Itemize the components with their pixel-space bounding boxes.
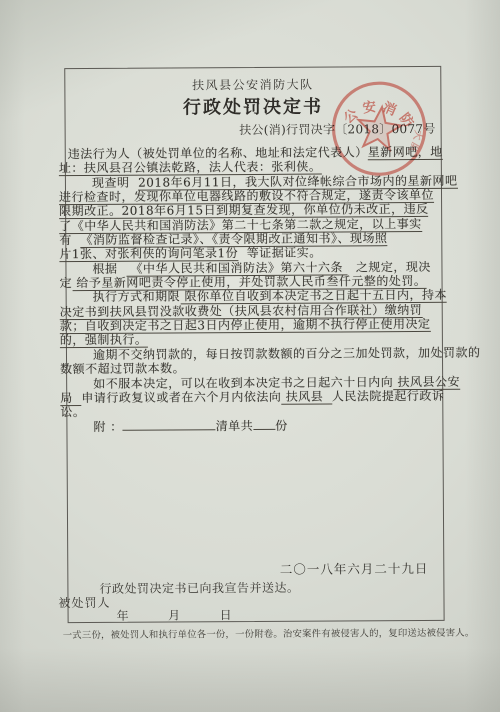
official-seal-stamp: 公安消防 大队 bbox=[323, 73, 434, 184]
form-text: 份 bbox=[275, 418, 288, 432]
filled-in-text bbox=[123, 419, 216, 431]
body-line: 局 申请行政复议或者在六个月内依法向 扶风县 人民法院提起行政诉 bbox=[60, 389, 446, 406]
form-text: 之规定，现决 bbox=[347, 260, 431, 275]
signature-date-blank: 年 月 日 bbox=[117, 606, 233, 624]
form-text: 执行方式和期限 bbox=[93, 290, 181, 305]
form-text: 定 bbox=[60, 276, 73, 290]
form-text: 有 bbox=[59, 233, 72, 247]
form-text: 清单共 bbox=[216, 419, 254, 433]
filled-in-text: 扶风县公安 bbox=[393, 374, 460, 389]
filled-in-text bbox=[253, 418, 275, 429]
scanned-document-photo: 扶风县公安消防大队 行政处罚决定书 扶公(消)行罚决字〔2018〕0077号 违… bbox=[0, 0, 500, 712]
form-text bbox=[117, 262, 126, 276]
document-sheet: 扶风县公安消防大队 行政处罚决定书 扶公(消)行罚决字〔2018〕0077号 违… bbox=[0, 0, 500, 712]
form-text: 现查明 bbox=[92, 175, 130, 189]
form-text: 逾期不交纳罚款的，每日按罚款数额的百分之三加处罚款，加处罚款的 bbox=[93, 345, 481, 361]
form-text bbox=[72, 233, 81, 247]
form-text: 等证据证实。 bbox=[238, 246, 322, 261]
form-text bbox=[129, 175, 138, 189]
form-text: 申请行政复议或者在六个月内依法向 bbox=[81, 390, 281, 405]
punished-person-label: 被处罚人 bbox=[58, 594, 110, 611]
form-text: 违法行为人（被处罚单位的名称、地址和法定代表人） bbox=[68, 145, 368, 161]
distribution-note: 一式三份，被处罚人和执行单位各一份，一份附卷。治安案件有被侵害人的，复印送达被侵… bbox=[63, 625, 475, 642]
form-text: 讼。 bbox=[60, 405, 85, 419]
form-text: 附 ： bbox=[93, 419, 122, 433]
body-line: 逾期不交纳罚款的，每日按罚款数额的百分之三加处罚款，加处罚款的 bbox=[60, 346, 446, 363]
filled-in-text: 扶风县 bbox=[281, 389, 332, 404]
decision-date: 二〇一八年六月二十九日 bbox=[67, 559, 428, 579]
filled-in-text: 片1张、对张利侠的询问笔录1份 bbox=[59, 246, 238, 262]
filled-in-text: 款；自收到决定书之日起3日内停止使用，逾期不执行停止使用决定 bbox=[60, 317, 431, 334]
form-text: 根据 bbox=[92, 262, 117, 276]
body-line: 附 ：清单共份 bbox=[60, 417, 446, 434]
form-text: 人民法院提起行政诉 bbox=[332, 389, 445, 404]
delivery-statement: 行政处罚决定书已向我宣告并送达。 bbox=[99, 579, 299, 597]
document-body: 违法行为人（被处罚单位的名称、地址和法定代表人）星新网吧，地址：扶风县召公镇法乾… bbox=[59, 145, 447, 434]
form-text: 如不服本决定，可以在收到本决定书之日起六十日内向 bbox=[93, 375, 393, 391]
body-line: 款；自收到决定书之日起3日内停止使用，逾期不执行停止使用决定 bbox=[60, 317, 446, 334]
filled-in-text: 局 bbox=[60, 391, 81, 406]
filled-in-text: 的，强制执行。 bbox=[60, 333, 148, 349]
form-text: 数额不超过罚款本数。 bbox=[60, 362, 185, 377]
